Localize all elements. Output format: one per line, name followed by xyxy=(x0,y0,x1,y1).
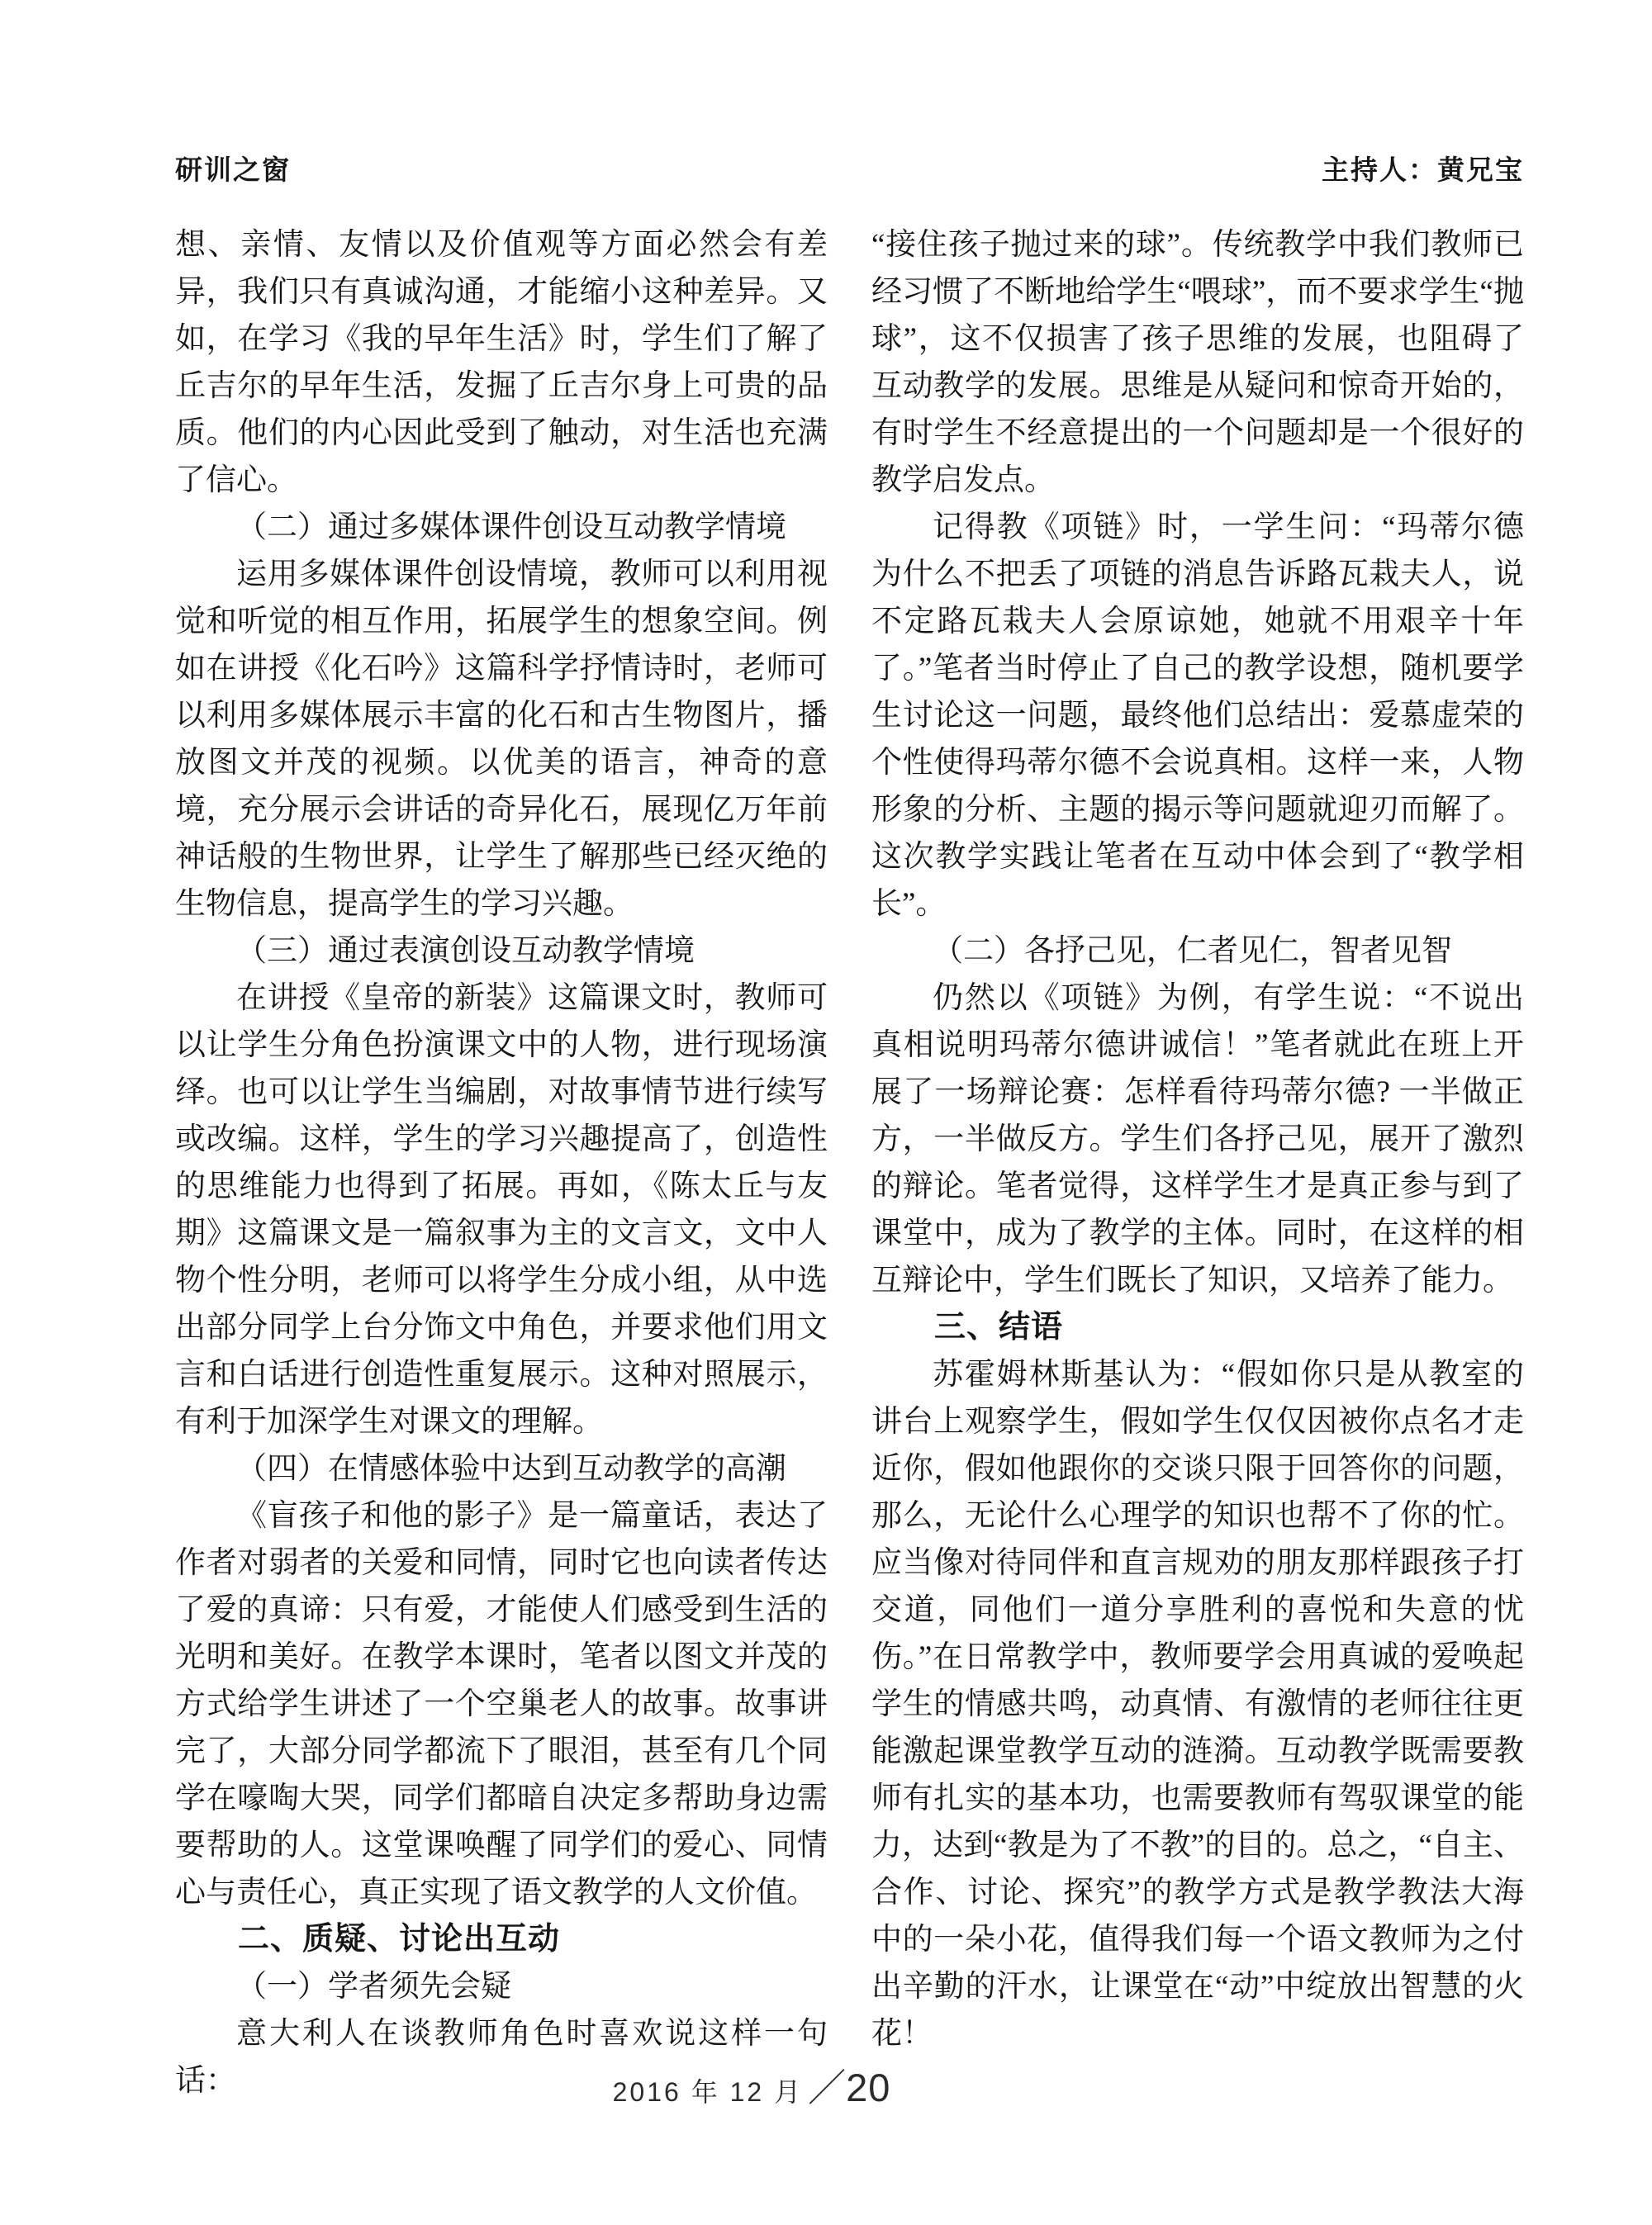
article-body: 想、亲情、友情以及价值观等方面必然会有差异，我们只有真诚沟通，才能缩小这种差异。… xyxy=(175,221,1524,2104)
sub-heading: （四）在情感体验中达到互动教学的高潮 xyxy=(175,1445,828,1492)
host-credit: 主持人：黄兄宝 xyxy=(1322,149,1524,187)
paragraph: 记得教《项链》时，一学生问：“玛蒂尔德为什么不把丢了项链的消息告诉路瓦栽夫人，说… xyxy=(871,504,1524,927)
magazine-page: 研训之窗 主持人：黄兄宝 想、亲情、友情以及价值观等方面必然会有差异，我们只有真… xyxy=(0,0,1652,2225)
sub-heading: （一）学者须先会疑 xyxy=(175,1963,828,2010)
paragraph: 仍然以《项链》为例，有学生说：“不说出真相说明玛蒂尔德讲诚信！”笔者就此在班上开… xyxy=(871,975,1524,1304)
right-column: “接住孩子抛过来的球”。传统教学中我们教师已经习惯了不断地给学生“喂球”，而不要… xyxy=(871,221,1524,2104)
page-footer: 2016 年 12 月／20 xyxy=(0,2058,1652,2113)
paragraph: “接住孩子抛过来的球”。传统教学中我们教师已经习惯了不断地给学生“喂球”，而不要… xyxy=(871,221,1524,504)
folio: 2016 年 12 月／20 xyxy=(613,2058,891,2113)
footer-date: 2016 年 12 月 xyxy=(613,2077,803,2107)
paragraph: 运用多媒体课件创设情境，教师可以利用视觉和听觉的相互作用，拓展学生的想象空间。例… xyxy=(175,551,828,927)
section-title: 研训之窗 xyxy=(175,149,291,187)
footer-page-number: 20 xyxy=(846,2066,890,2109)
paragraph: 苏霍姆林斯基认为：“假如你只是从教室的讲台上观察学生，假如学生仅仅因被你点名才走… xyxy=(871,1351,1524,2057)
footer-slash: ／ xyxy=(808,2066,846,2109)
section-heading: 三、结语 xyxy=(871,1304,1524,1351)
paragraph: 想、亲情、友情以及价值观等方面必然会有差异，我们只有真诚沟通，才能缩小这种差异。… xyxy=(175,221,828,504)
running-head: 研训之窗 主持人：黄兄宝 xyxy=(175,149,1524,187)
sub-heading: （三）通过表演创设互动教学情境 xyxy=(175,927,828,975)
sub-heading: （二）通过多媒体课件创设互动教学情境 xyxy=(175,504,828,551)
section-heading: 二、质疑、讨论出互动 xyxy=(175,1916,828,1963)
left-column: 想、亲情、友情以及价值观等方面必然会有差异，我们只有真诚沟通，才能缩小这种差异。… xyxy=(175,221,828,2104)
paragraph: 在讲授《皇帝的新装》这篇课文时，教师可以让学生分角色扮演课文中的人物，进行现场演… xyxy=(175,975,828,1445)
sub-heading: （二）各抒己见，仁者见仁，智者见智 xyxy=(871,927,1524,975)
paragraph: 《盲孩子和他的影子》是一篇童话，表达了作者对弱者的关爱和同情，同时它也向读者传达… xyxy=(175,1492,828,1916)
